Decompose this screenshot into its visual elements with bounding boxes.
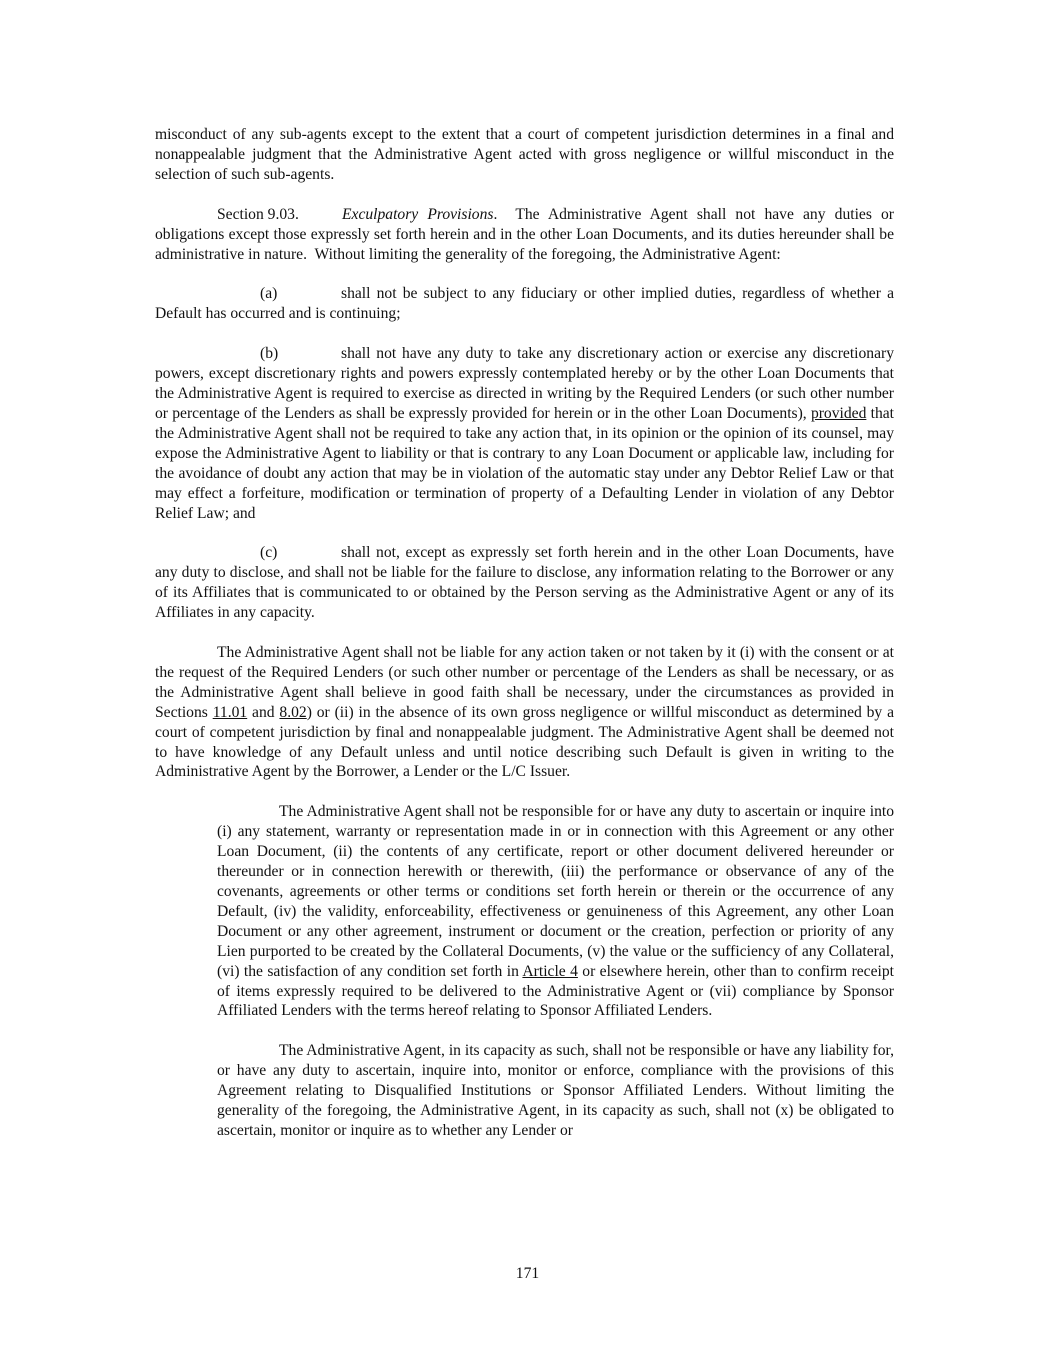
paragraph-continuation: misconduct of any sub-agents except to t…: [155, 125, 894, 185]
indented-block: The Administrative Agent shall not be re…: [217, 802, 894, 1141]
liability-text-2: and: [247, 704, 279, 721]
section-number: Section 9.03.: [217, 205, 342, 225]
section-title: Exculpatory Provisions: [342, 206, 493, 223]
item-b-label: (b): [260, 344, 341, 364]
section-ref-8-02[interactable]: 8.02: [279, 704, 306, 721]
item-a-label: (a): [260, 284, 341, 304]
item-b: (b)shall not have any duty to take any d…: [155, 344, 894, 523]
section-9-03-paragraph: Section 9.03.Exculpatory Provisions. The…: [155, 205, 894, 265]
item-a: (a)shall not be subject to any fiduciary…: [155, 284, 894, 324]
provided-term: provided: [811, 405, 866, 422]
page-number: 171: [0, 1264, 1055, 1284]
responsibility-paragraph: The Administrative Agent shall not be re…: [217, 802, 894, 1021]
section-ref-11-01[interactable]: 11.01: [213, 704, 248, 721]
liability-paragraph: The Administrative Agent shall not be li…: [155, 643, 894, 782]
item-c: (c)shall not, except as expressly set fo…: [155, 543, 894, 623]
capacity-paragraph: The Administrative Agent, in its capacit…: [217, 1041, 894, 1141]
item-b-text-2: that the Administrative Agent shall not …: [155, 405, 894, 522]
document-page: misconduct of any sub-agents except to t…: [155, 125, 894, 1141]
item-c-label: (c): [260, 543, 341, 563]
article-4-ref[interactable]: Article 4: [522, 963, 577, 980]
responsibility-text-1: The Administrative Agent shall not be re…: [217, 803, 894, 979]
